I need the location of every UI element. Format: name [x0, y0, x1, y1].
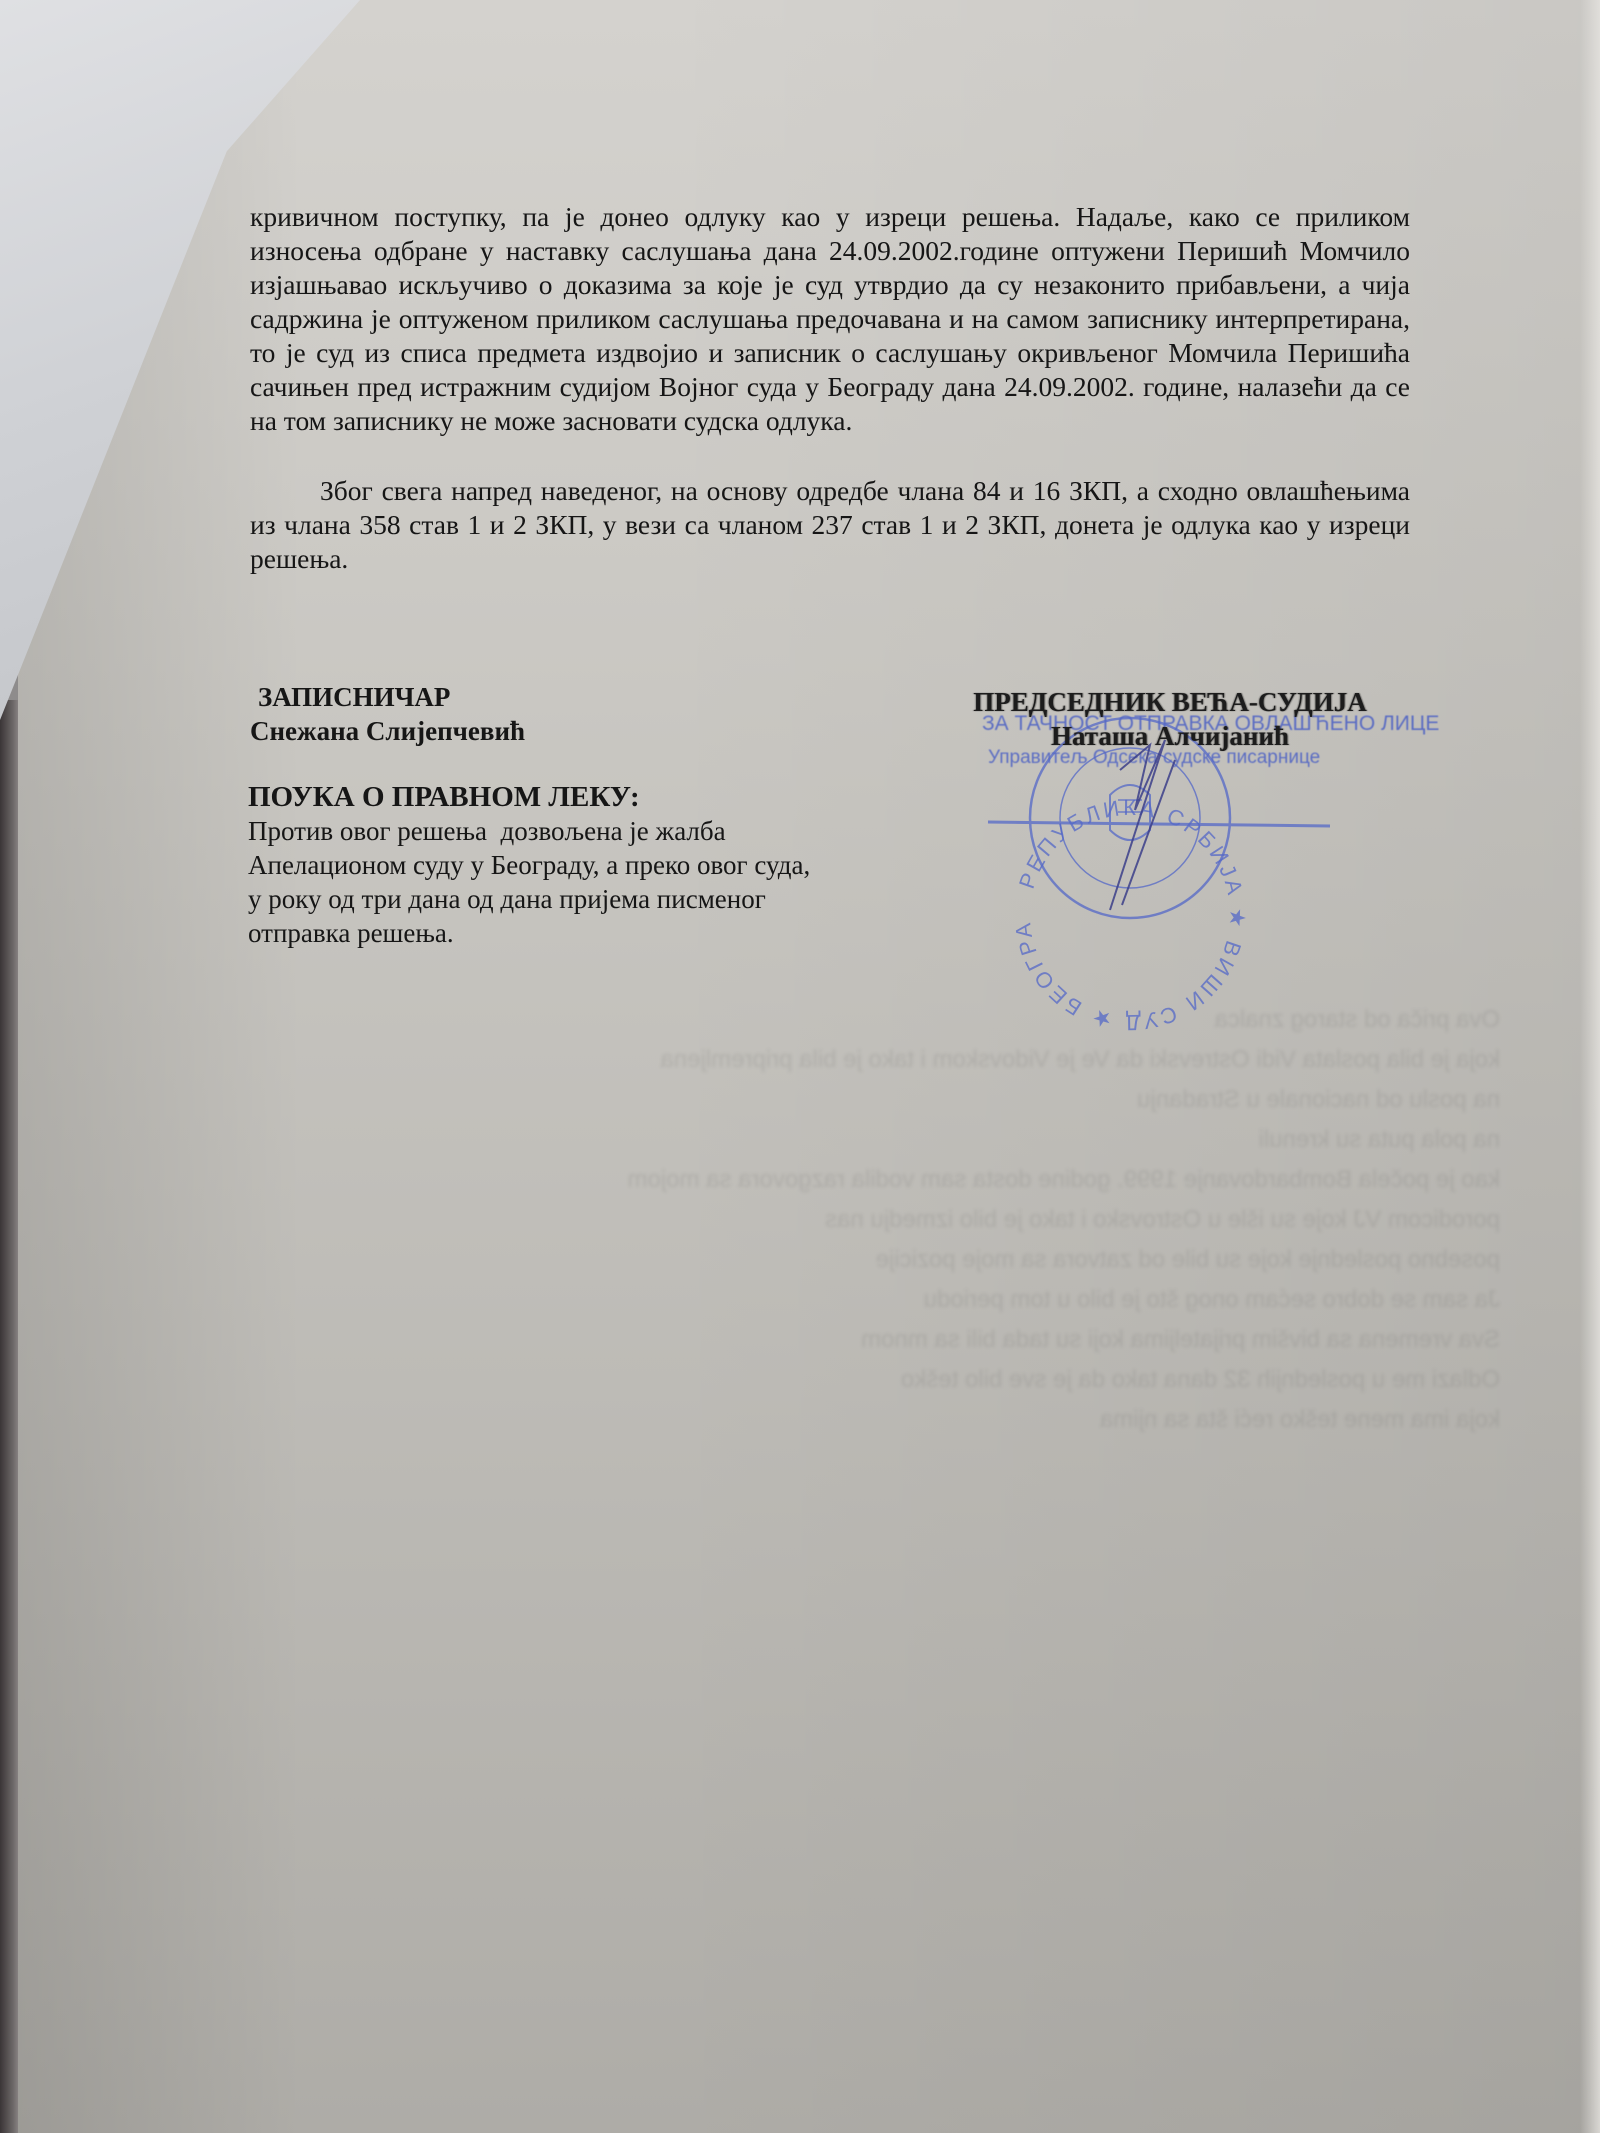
- reasoning-paragraph: кривичном поступку, па је донео одлуку к…: [250, 200, 1410, 438]
- bleed-line: na poslu od nacionale u Stradanju: [240, 1080, 1500, 1120]
- page-right-edge: [1580, 0, 1600, 2133]
- legal-remedy-line: отправка решења.: [248, 916, 810, 950]
- judge-role: ПРЕДСЕДНИК ВЕЋА-СУДИЈА: [935, 685, 1405, 719]
- bleed-through-text: Ova priča od starog znalca koja je bila …: [240, 1000, 1500, 1440]
- bleed-line: posebno poslednje koje su bile od zatvor…: [240, 1240, 1500, 1280]
- bleed-line: Ova priča od starog znalca: [240, 1000, 1500, 1040]
- legal-remedy-line: Апелационом суду у Београду, а преко ово…: [248, 848, 810, 882]
- legal-remedy-line: у року од три дана од дана пријема писме…: [248, 882, 810, 916]
- bleed-line: kao je počela Bombardovanje 1999. godine…: [240, 1160, 1500, 1200]
- bleed-line: Odlazi me u poslednjih 32 dana tako da j…: [240, 1360, 1500, 1400]
- bleed-line: koja ima mene teško reći šta sa njima: [240, 1400, 1500, 1440]
- conclusion-line: Због свега напред наведеног, на основу о…: [320, 475, 1238, 506]
- clerk-signature-block: ЗАПИСНИЧАР Снежана Слијепчевић: [250, 680, 525, 748]
- bleed-line: koja je bila poslata Vidi Ostrevski da V…: [240, 1040, 1500, 1080]
- legal-remedy-block: ПОУКА О ПРАВНОМ ЛЕКУ: Против овог решења…: [248, 780, 810, 950]
- bleed-line: na pola puta su krenuli: [240, 1120, 1500, 1160]
- clerk-name: Снежана Слијепчевић: [250, 714, 525, 748]
- legal-remedy-line: Против овог решења дозвољена је жалба: [248, 814, 810, 848]
- judge-name: Наташа Алчијанић: [935, 719, 1405, 753]
- bleed-line: Sva vremena sa bivšim prijateljima koji …: [240, 1320, 1500, 1360]
- bleed-line: porodicom VJ koje su išle u Ostrovsko i …: [240, 1200, 1500, 1240]
- conclusion-paragraph: Због свега напред наведеног, на основу о…: [250, 474, 1410, 576]
- document-body: кривичном поступку, па је донео одлуку к…: [250, 200, 1410, 576]
- clerk-role: ЗАПИСНИЧАР: [250, 680, 525, 714]
- legal-remedy-heading: ПОУКА О ПРАВНОМ ЛЕКУ:: [248, 780, 810, 814]
- judge-signature-block: ПРЕДСЕДНИК ВЕЋА-СУДИЈА Наташа Алчијанић: [935, 685, 1405, 753]
- bleed-line: Ja sam se dobro sećam onog što je bilo u…: [240, 1280, 1500, 1320]
